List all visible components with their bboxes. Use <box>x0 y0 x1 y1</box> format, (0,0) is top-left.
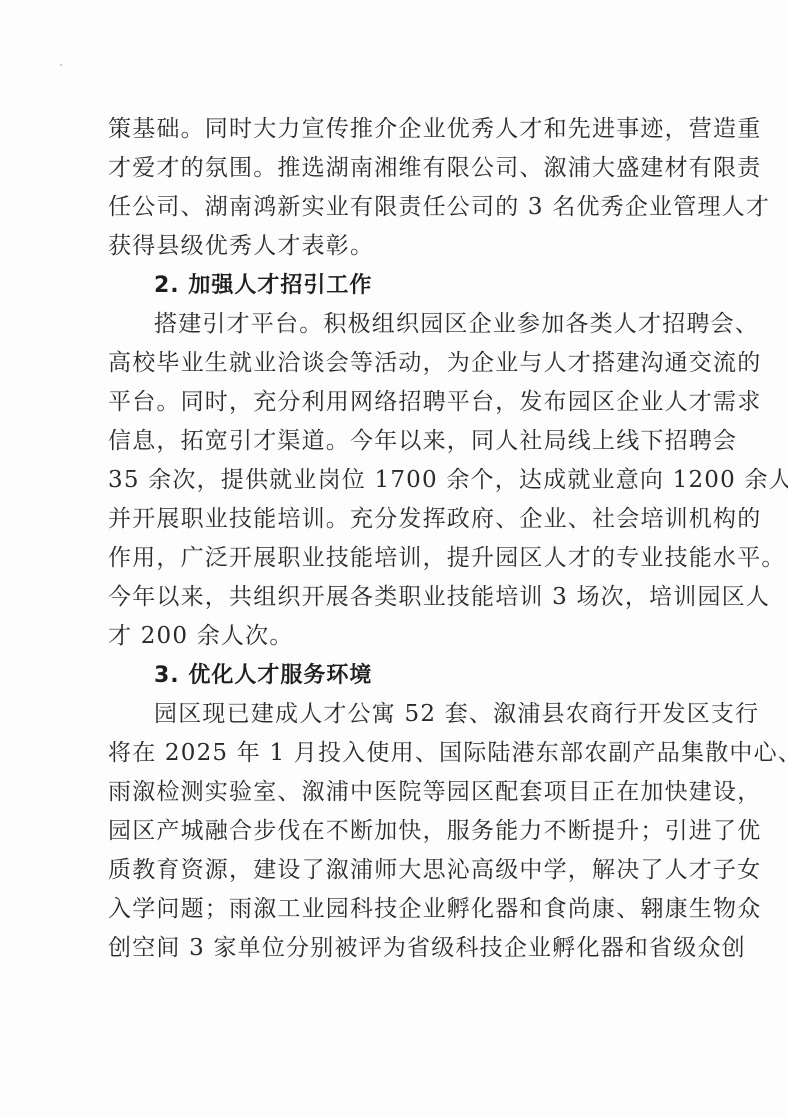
body-line: 创空间 3 家单位分别被评为省级科技企业孵化器和省级众创 <box>108 929 678 968</box>
body-line: 质教育资源，建设了溆浦师大思沁高级中学，解决了人才子女 <box>108 851 678 890</box>
scan-speck <box>60 64 62 66</box>
body-line: 策基础。同时大力宣传推介企业优秀人才和先进事迹，营造重 <box>108 110 678 149</box>
body-line: 作用，广泛开展职业技能培训，提升园区人才的专业技能水平。 <box>108 539 678 578</box>
section-heading-3: 3. 优化人才服务环境 <box>108 656 678 695</box>
body-line: 信息，拓宽引才渠道。今年以来，同人社局线上线下招聘会 <box>108 422 678 461</box>
body-line: 平台。同时，充分利用网络招聘平台，发布园区企业人才需求 <box>108 383 678 422</box>
body-line: 才爱才的氛围。推选湖南湘维有限公司、溆浦大盛建材有限责 <box>108 149 678 188</box>
body-line: 高校毕业生就业洽谈会等活动，为企业与人才搭建沟通交流的 <box>108 344 678 383</box>
section-heading-2: 2. 加强人才招引工作 <box>108 266 678 305</box>
body-line: 园区现已建成人才公寓 52 套、溆浦县农商行开发区支行 <box>108 695 678 734</box>
body-line: 今年以来，共组织开展各类职业技能培训 3 场次，培训园区人 <box>108 578 678 617</box>
body-line: 获得县级优秀人才表彰。 <box>108 227 678 266</box>
body-line: 将在 2025 年 1 月投入使用、国际陆港东部农副产品集散中心、 <box>108 734 678 773</box>
body-line: 搭建引才平台。积极组织园区企业参加各类人才招聘会、 <box>108 305 678 344</box>
body-line: 35 余次，提供就业岗位 1700 余个，达成就业意向 1200 余人。 <box>108 461 678 500</box>
body-line: 雨溆检测实验室、溆浦中医院等园区配套项目正在加快建设， <box>108 773 678 812</box>
document-page: 策基础。同时大力宣传推介企业优秀人才和先进事迹，营造重 才爱才的氛围。推选湖南湘… <box>108 110 678 968</box>
body-line: 入学问题；雨溆工业园科技企业孵化器和食尚康、翱康生物众 <box>108 890 678 929</box>
body-line: 任公司、湖南鸿新实业有限责任公司的 3 名优秀企业管理人才 <box>108 188 678 227</box>
body-line: 并开展职业技能培训。充分发挥政府、企业、社会培训机构的 <box>108 500 678 539</box>
body-line: 园区产城融合步伐在不断加快，服务能力不断提升；引进了优 <box>108 812 678 851</box>
body-line: 才 200 余人次。 <box>108 617 678 656</box>
